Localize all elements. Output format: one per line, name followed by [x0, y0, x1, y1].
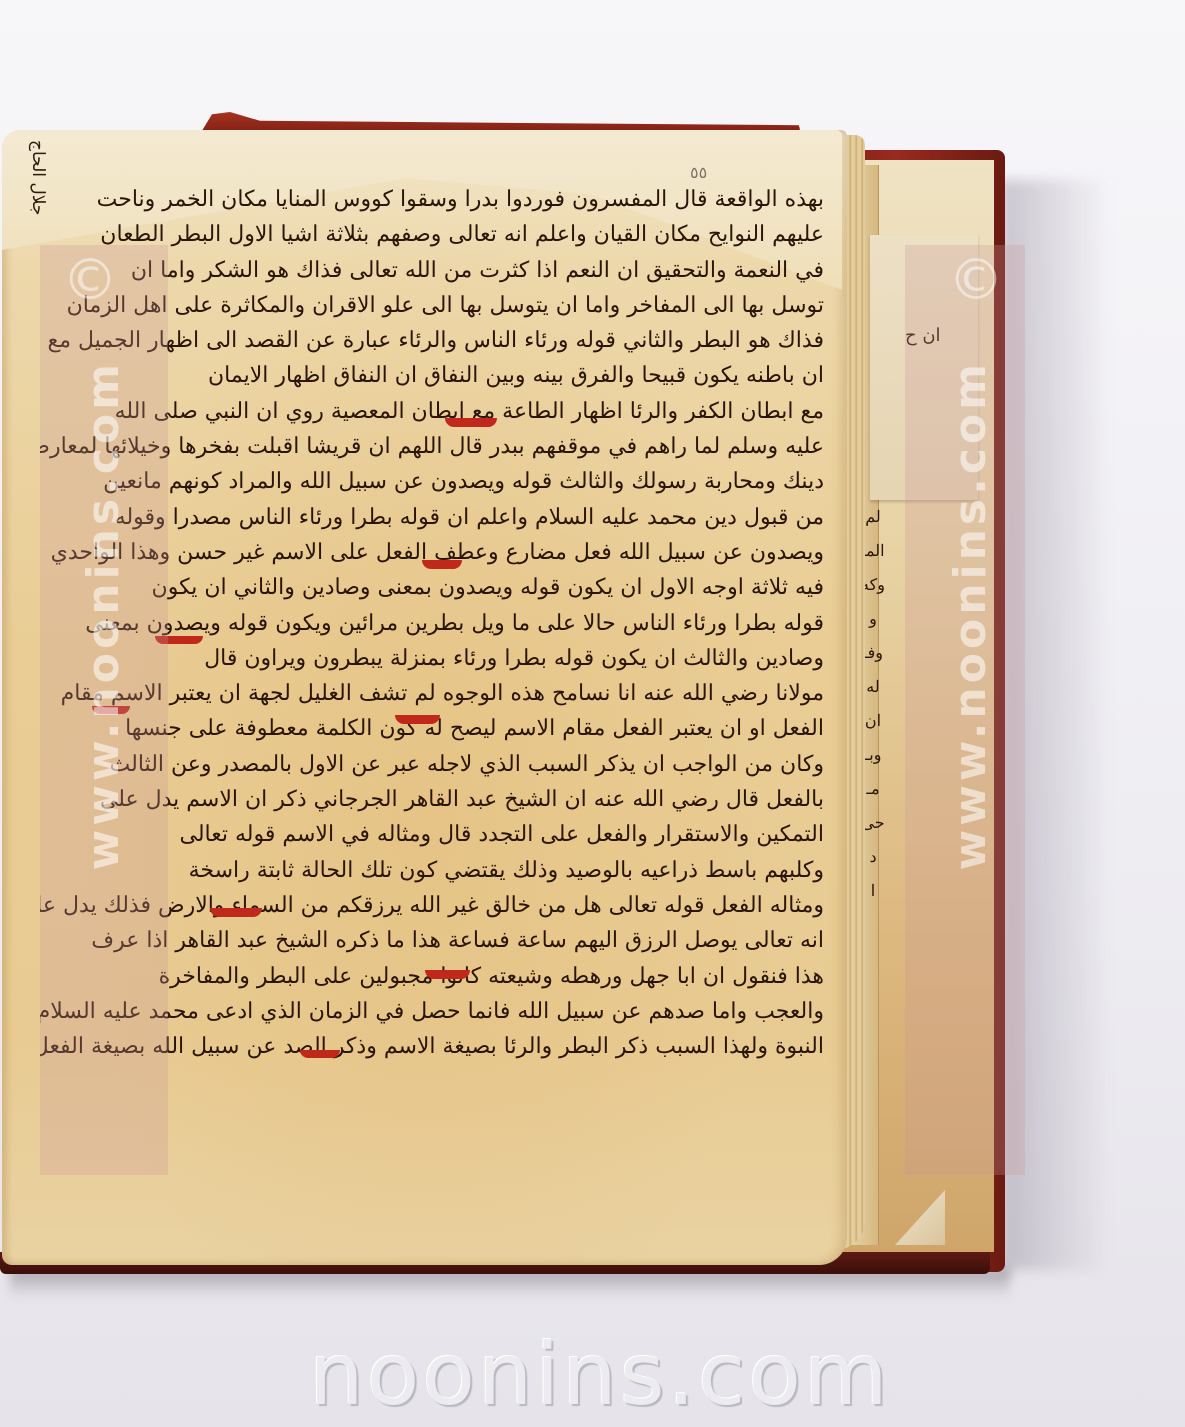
rubric-mark	[210, 908, 262, 917]
rubric-mark	[422, 560, 462, 569]
copyright-icon: ©	[62, 248, 118, 313]
rubric-mark	[395, 715, 440, 724]
rubric-mark	[445, 418, 497, 427]
rubric-mark	[425, 970, 470, 979]
text-line: بهذه الواقعة قال المفسرون فوردوا بدرا وس…	[40, 182, 830, 217]
watermark-left-vertical: www.noonins.com	[78, 360, 129, 870]
copyright-icon: ©	[948, 248, 1004, 313]
watermark-bottom-text: noonins.com	[240, 1325, 960, 1425]
watermark-right-vertical: www.noonins.com	[945, 360, 996, 870]
folio-number: ٥٥	[690, 163, 707, 182]
rubric-mark	[300, 1050, 340, 1058]
